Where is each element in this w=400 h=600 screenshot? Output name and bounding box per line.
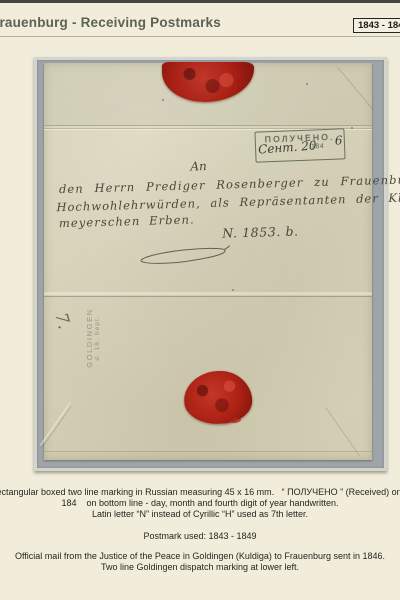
description-line-1: Official mail from the Justice of the Pe… (0, 551, 400, 561)
postmark-handwritten-year-digit: 6 (335, 133, 343, 147)
address-salutation: An (190, 159, 207, 173)
manuscript-number: 7. (50, 310, 74, 331)
caption-line-1: Rectangular boxed two line marking in Ru… (0, 487, 400, 497)
exhibit-frame: ПОЛУЧЕНО. Сент. 20 184 6 An den Herrn Pr… (34, 57, 387, 471)
fold-crease (44, 451, 372, 452)
description-line-2: Two line Goldingen dispatch marking at l… (0, 562, 400, 572)
wax-seal-middle-icon (182, 369, 254, 427)
dispatch-marking-line2: d. 18. Sept. (94, 276, 101, 400)
paper-speck (232, 289, 234, 291)
paper-speck (306, 83, 308, 85)
paper-speck (351, 127, 353, 129)
postmark-usage-caption: Postmark used: 1843 - 1849 (0, 531, 400, 541)
docket-number: N. 1853. b. (222, 224, 299, 241)
address-line: meyerschen Erben. (59, 212, 195, 230)
wax-smear (230, 417, 242, 423)
page-title: Frauenburg - Receiving Postmarks (0, 15, 221, 30)
header-divider (0, 36, 400, 37)
corner-crease (40, 402, 71, 445)
dispatch-marking-line1: GOLDINGEN (85, 276, 94, 400)
postmark-handwritten-date: Сент. 20 (258, 138, 317, 156)
folded-letter: ПОЛУЧЕНО. Сент. 20 184 6 An den Herrn Pr… (44, 63, 372, 460)
corner-crease (42, 406, 71, 448)
caption-line-3: Latin letter “N” instead of Cyrillic “H”… (0, 509, 400, 519)
corner-crease (325, 407, 360, 457)
goldingen-dispatch-marking: GOLDINGEN d. 18. Sept. (85, 276, 111, 400)
paper-speck (162, 99, 164, 101)
year-range-box: 1843 - 1849 (353, 18, 400, 33)
album-page: Frauenburg - Receiving Postmarks 1843 - … (0, 0, 400, 600)
postmark-printed-year: 184 (311, 143, 324, 151)
top-rule (0, 0, 400, 3)
caption-line-2: 184 on bottom line - day, month and four… (0, 498, 400, 508)
fold-crease (44, 125, 372, 126)
flourish-paraph (137, 245, 233, 272)
received-postmark-box: ПОЛУЧЕНО. Сент. 20 184 6 (254, 128, 345, 162)
